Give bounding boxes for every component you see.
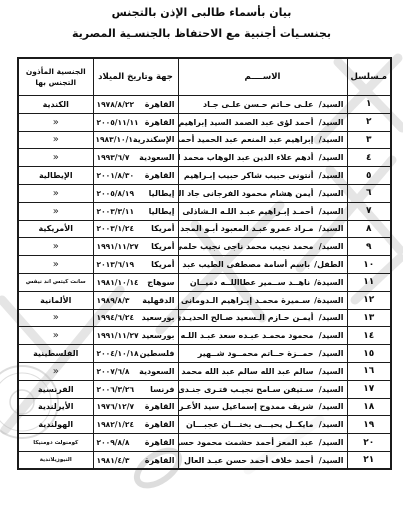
birth-place: فلسطين [140, 349, 175, 358]
serial-number: ٢٠ [347, 434, 391, 452]
nationality: « [18, 309, 93, 327]
nationality: الهولندية [18, 416, 93, 434]
person-name: سالم عبد الله سالم عبد الله محمد الشاعر … [178, 367, 314, 376]
honorific: السيد/ [318, 242, 344, 251]
honorific: السيد/ [318, 438, 344, 447]
nationality: « [18, 362, 93, 380]
birth-date: ١٩٨٩/٨/٣ [97, 296, 130, 305]
table-row: ١٦ السيد/سالم عبد الله سالم عبد الله محم… [18, 362, 391, 380]
birth-date: ١٩٨٣/١٠/١ [95, 135, 133, 144]
serial-number: ٢ [347, 113, 391, 131]
person-name-cell: السيدة/سـميرة محمـد إبـراهيم الـدومانى [178, 291, 347, 309]
table-row: ٤ السيد/أدهم علاء الدين عبد الوهاب محمد … [18, 149, 391, 167]
person-name: أحمد لؤى عبد الصمد السيد إبراهيم [178, 118, 313, 127]
serial-number: ٣ [347, 131, 391, 149]
birth-place: القاهرة [145, 118, 175, 127]
table-row: ٣ السيد/إبراهيم عبد المنعم عبد الحميد أح… [18, 131, 391, 149]
person-name: أنتونى حبيب شاكر حبيب إبـراهيم [184, 171, 314, 180]
serial-number: ٧ [347, 202, 391, 220]
table-row: ١٩ السيد/مايكــل يحيـــى بختـــان عجبـــ… [18, 416, 391, 434]
honorific: السيد/ [318, 313, 344, 322]
person-name: شريف ممدوح إسماعيل سيد الأعـرج [178, 402, 314, 411]
table-row: ٨ السيد/مـراد عمرو عبـد المعبود أبـو الم… [18, 220, 391, 238]
nationality: الأيرلندية [18, 398, 93, 416]
person-name-cell: السيد/محمد نجيب محمد ناجى نجيب حلمى [178, 238, 347, 256]
birth-place: الدقهلية [142, 296, 174, 305]
birth-date: ١٩٧٨/٨/٢٢ [97, 100, 135, 109]
birth-cell: القاهرة ١٩٨١/٤/٣ [93, 451, 178, 469]
honorific: السيد/ [318, 456, 344, 465]
birth-cell: بورسعيد ١٩٩٤/٦/٢٤ [93, 309, 178, 327]
nationality: « [18, 184, 93, 202]
serial-number: ٤ [347, 149, 391, 167]
birth-date: ١٩٧٦/١٢/٧ [97, 402, 135, 411]
birth-place: السعودية [139, 153, 174, 162]
birth-date: ١٩٨١/٤/٣ [97, 456, 130, 465]
serial-number: ١٠ [347, 256, 391, 274]
scanned-document-page: بيان بأسماء طالبى الإذن بالتجنس بجنسـيات… [0, 0, 403, 524]
nationality: الألمانية [18, 291, 93, 309]
birth-place: بورسعيد [142, 313, 175, 322]
honorific: السيد/ [318, 224, 344, 233]
birth-cell: القاهرة ١٩٨٢/١/٢٤ [93, 416, 178, 434]
nationality: الفرنسية [18, 380, 93, 398]
birth-cell: الإسكندرية ١٩٨٣/١٠/١ [93, 131, 178, 149]
birth-cell: أمريكا ٢٠٠٣/١/٢٤ [93, 220, 178, 238]
birth-cell: السعودية ١٩٩٣/٦/٧ [93, 149, 178, 167]
naturalization-permit-table: مـسلسل الاســــم جهة وتاريخ الميلاد الجن… [17, 57, 392, 470]
birth-date: ١٩٨٢/١/٢٤ [97, 420, 135, 429]
birth-place: الإسكندرية [133, 135, 175, 144]
birth-place: أمريكا [151, 260, 174, 269]
birth-date: ٢٠٠٦/٣/٢٦ [97, 385, 135, 394]
birth-cell: القاهرة ٢٠٠٩/٨/٨ [93, 434, 178, 452]
birth-cell: القاهرة ١٩٧٨/٨/٢٢ [93, 96, 178, 114]
nationality: الإيطالية [18, 167, 93, 185]
person-name: أحمد خلاف أحمد حسن عبـد العال [184, 456, 313, 465]
birth-date: ١٩٩٤/٦/٢٤ [97, 313, 135, 322]
table-row: ١٠ الطفل/باسم أسامة مصطفى الطيب عبد الكر… [18, 256, 391, 274]
birth-place: بورسعيد [142, 331, 175, 340]
person-name-cell: السيد/أيمـن حـازم الـسعيد صـالح الحديـدى [178, 309, 347, 327]
person-name-cell: السيد/مـراد عمرو عبـد المعبود أبـو المجد [178, 220, 347, 238]
honorific: السيد/ [318, 118, 344, 127]
table-row: ٢٠ السيد/عبد المعز أحمد حشمت محمود حسين … [18, 434, 391, 452]
person-name: باسم أسامة مصطفى الطيب عبد الكريم [178, 260, 310, 269]
person-name: علـى حـاتم حـسن علـى جـاد [203, 100, 314, 109]
honorific: السيد/ [318, 349, 344, 358]
header-authorized-nationality: الجنسية المأذون التجنس بها [18, 58, 93, 96]
birth-place: القاهرة [145, 171, 175, 180]
person-name-cell: السيد/أدهم علاء الدين عبد الوهاب محمد ال… [178, 149, 347, 167]
birth-cell: القاهرة ٢٠٠١/٨/٣٠ [93, 167, 178, 185]
person-name: أحمـد إبـراهيم عبـد اللـه الـشاذلى [182, 207, 313, 216]
birth-date: ١٩٩١/١١/٢٧ [97, 331, 139, 340]
person-name-cell: الطفل/باسم أسامة مصطفى الطيب عبد الكريم [178, 256, 347, 274]
serial-number: ٥ [347, 167, 391, 185]
birth-cell: إيطاليا ٢٠٠٥/٨/١٩ [93, 184, 178, 202]
table-row: ٦ السيد/أيمن هشام محمود الفرجانى جاد الل… [18, 184, 391, 202]
honorific: السيد/ [318, 171, 344, 180]
honorific: السيد/ [318, 331, 344, 340]
serial-number: ١٤ [347, 327, 391, 345]
header-name: الاســــم [178, 58, 347, 96]
nationality: « [18, 131, 93, 149]
birth-date: ٢٠٠٩/٨/٨ [97, 438, 130, 447]
person-name-cell: السيد/محمود محمـد عبـده سعد عبـد اللـه [178, 327, 347, 345]
serial-number: ١٨ [347, 398, 391, 416]
table-row: ٢١ السيد/أحمد خلاف أحمد حسن عبـد العال ا… [18, 451, 391, 469]
serial-number: ٩ [347, 238, 391, 256]
serial-number: ١ [347, 96, 391, 114]
birth-cell: إيطاليا ٢٠٠٣/٣/١١ [93, 202, 178, 220]
birth-date: ٢٠٠٧/٦/٨ [97, 367, 130, 376]
birth-date: ١٩٨١/١٠/١٤ [97, 278, 139, 287]
serial-number: ٨ [347, 220, 391, 238]
header-serial: مـسلسل [347, 58, 391, 96]
table-body: ١ السيد/علـى حـاتم حـسن علـى جـاد القاهر… [18, 96, 391, 470]
table-row: ١ السيد/علـى حـاتم حـسن علـى جـاد القاهر… [18, 96, 391, 114]
serial-number: ٢١ [347, 451, 391, 469]
person-name: أدهم علاء الدين عبد الوهاب محمد القصبى [178, 153, 314, 162]
honorific: السيد/ [318, 100, 344, 109]
birth-cell: السعودية ٢٠٠٧/٦/٨ [93, 362, 178, 380]
birth-date: ٢٠٠٥/٨/١٩ [97, 189, 135, 198]
birth-cell: القاهرة ١٩٧٦/١٢/٧ [93, 398, 178, 416]
person-name: محمد نجيب محمد ناجى نجيب حلمى [178, 242, 314, 251]
serial-number: ١١ [347, 273, 391, 291]
nationality: « [18, 202, 93, 220]
person-name-cell: السيد/أحمـد إبـراهيم عبـد اللـه الـشاذلى [178, 202, 347, 220]
birth-date: ٢٠٠٣/٣/١١ [97, 207, 135, 216]
table-row: ٧ السيد/أحمـد إبـراهيم عبـد اللـه الـشاذ… [18, 202, 391, 220]
birth-date: ٢٠٠٣/١/٢٤ [97, 224, 135, 233]
person-name-cell: السيد/علـى حـاتم حـسن علـى جـاد [178, 96, 347, 114]
person-name-cell: السيد/حمــزة حــاتم محمــود شــهير [178, 345, 347, 363]
nationality: « [18, 238, 93, 256]
nationality: سانت كيتس اند نيفس [18, 273, 93, 291]
birth-cell: بورسعيد ١٩٩١/١١/٢٧ [93, 327, 178, 345]
person-name-cell: السيدة/ناهــد ســمير عطااللــه دميــان [178, 273, 347, 291]
table-row: ٩ السيد/محمد نجيب محمد ناجى نجيب حلمى أم… [18, 238, 391, 256]
honorific: السيد/ [318, 135, 344, 144]
table-row: ٥ السيد/أنتونى حبيب شاكر حبيب إبـراهيم ا… [18, 167, 391, 185]
birth-date: ٢٠٠١/٨/٣٠ [97, 171, 135, 180]
table-row: ٢ السيد/أحمد لؤى عبد الصمد السيد إبراهيم… [18, 113, 391, 131]
person-name: مايكــل يحيـــى بختـــان عجبـــان [186, 420, 314, 429]
birth-cell: فلسطين ٢٠٠٤/١٠/١٨ [93, 345, 178, 363]
birth-place: إيطاليا [149, 189, 175, 198]
birth-date: ٢٠٠٤/١٠/١٨ [97, 349, 139, 358]
honorific: السيد/ [318, 420, 344, 429]
table-row: ١٢ السيدة/سـميرة محمـد إبـراهيم الـدومان… [18, 291, 391, 309]
birth-place: إيطاليا [149, 207, 175, 216]
honorific: الطفل/ [314, 260, 343, 269]
nationality: كومنولث دومنيكا [18, 434, 93, 452]
person-name-cell: السيد/مايكــل يحيـــى بختـــان عجبـــان [178, 416, 347, 434]
document-header: بيان بأسماء طالبى الإذن بالتجنس بجنسـيات… [0, 6, 403, 40]
person-name-cell: السيد/شريف ممدوح إسماعيل سيد الأعـرج [178, 398, 347, 416]
document-title-line2: بجنسـيات أجنبية مع الاحتفاظ بالجنسـية ال… [0, 27, 403, 40]
honorific: السيدة/ [314, 296, 343, 305]
birth-place: فرنسا [150, 385, 174, 394]
table-row: ١٨ السيد/شريف ممدوح إسماعيل سيد الأعـرج … [18, 398, 391, 416]
person-name: عبد المعز أحمد حشمت محمود حسين [178, 438, 314, 447]
birth-date: ١٩٩١/١١/٢٧ [97, 242, 139, 251]
person-name-cell: السيد/أنتونى حبيب شاكر حبيب إبـراهيم [178, 167, 347, 185]
person-name-cell: السيد/سالم عبد الله سالم عبد الله محمد ا… [178, 362, 347, 380]
person-name: سـتيفن سـامح نجيـب فتـرى جنـدى [178, 385, 314, 394]
table-row: ١٥ السيد/حمــزة حــاتم محمــود شــهير فل… [18, 345, 391, 363]
person-name-cell: السيد/أحمد لؤى عبد الصمد السيد إبراهيم [178, 113, 347, 131]
serial-number: ١٧ [347, 380, 391, 398]
birth-place: القاهرة [145, 420, 175, 429]
nationality: « [18, 113, 93, 131]
honorific: السيدة/ [314, 278, 343, 287]
person-name-cell: السيد/أحمد خلاف أحمد حسن عبـد العال [178, 451, 347, 469]
table-row: ١٧ السيد/سـتيفن سـامح نجيـب فتـرى جنـدى … [18, 380, 391, 398]
person-name-cell: السيد/سـتيفن سـامح نجيـب فتـرى جنـدى [178, 380, 347, 398]
serial-number: ١٥ [347, 345, 391, 363]
birth-place: القاهرة [145, 438, 175, 447]
birth-date: ٢٠٠٥/١١/١١ [97, 118, 139, 127]
person-name: أيمـن حـازم الـسعيد صـالح الحديـدى [178, 313, 314, 322]
nationality: الكندية [18, 96, 93, 114]
person-name-cell: السيد/إبراهيم عبد المنعم عبد الحميد أحمد… [178, 131, 347, 149]
honorific: السيد/ [318, 385, 344, 394]
person-name-cell: السيد/أيمن هشام محمود الفرجانى جاد اللـه [178, 184, 347, 202]
birth-cell: الدقهلية ١٩٨٩/٨/٣ [93, 291, 178, 309]
nationality: « [18, 149, 93, 167]
birth-place: القاهرة [145, 456, 175, 465]
birth-cell: أمريكا ١٩٩١/١١/٢٧ [93, 238, 178, 256]
header-birthplace-date: جهة وتاريخ الميلاد [93, 58, 178, 96]
nationality: « [18, 327, 93, 345]
birth-place: أمريكا [151, 224, 174, 233]
honorific: السيد/ [318, 207, 344, 216]
birth-cell: فرنسا ٢٠٠٦/٣/٢٦ [93, 380, 178, 398]
birth-cell: القاهرة ٢٠٠٥/١١/١١ [93, 113, 178, 131]
honorific: السيد/ [318, 153, 344, 162]
honorific: السيد/ [318, 189, 344, 198]
person-name: ناهــد ســمير عطااللــه دميــان [190, 278, 310, 287]
nationality: النيوزيلاندية [18, 451, 93, 469]
honorific: السيد/ [318, 402, 344, 411]
nationality: الفلسطينية [18, 345, 93, 363]
table-row: ١٤ السيد/محمود محمـد عبـده سعد عبـد اللـ… [18, 327, 391, 345]
serial-number: ١٦ [347, 362, 391, 380]
person-name: أيمن هشام محمود الفرجانى جاد اللـه [178, 189, 314, 198]
table-header-row: مـسلسل الاســــم جهة وتاريخ الميلاد الجن… [18, 58, 391, 96]
table-row: ١٣ السيد/أيمـن حـازم الـسعيد صـالح الحدي… [18, 309, 391, 327]
birth-place: القاهرة [145, 100, 175, 109]
serial-number: ١٢ [347, 291, 391, 309]
birth-place: أمريكا [151, 242, 174, 251]
birth-place: السعودية [139, 367, 174, 376]
person-name: محمود محمـد عبـده سعد عبـد اللـه [180, 331, 313, 340]
birth-place: سوهاج [147, 278, 174, 287]
document-title-line1: بيان بأسماء طالبى الإذن بالتجنس [0, 6, 403, 19]
person-name: مـراد عمرو عبـد المعبود أبـو المجد [180, 224, 313, 233]
birth-cell: أمريكا ٢٠١٣/٦/١٩ [93, 256, 178, 274]
serial-number: ١٣ [347, 309, 391, 327]
person-name-cell: السيد/عبد المعز أحمد حشمت محمود حسين [178, 434, 347, 452]
person-name: حمــزة حــاتم محمــود شــهير [198, 349, 314, 358]
nationality: الأمريكية [18, 220, 93, 238]
nationality: « [18, 256, 93, 274]
person-name: إبراهيم عبد المنعم عبد الحميد أحمد دراج [178, 135, 314, 144]
serial-number: ١٩ [347, 416, 391, 434]
serial-number: ٦ [347, 184, 391, 202]
table-row: ١١ السيدة/ناهــد ســمير عطااللــه دميــا… [18, 273, 391, 291]
birth-place: القاهرة [145, 402, 175, 411]
birth-cell: سوهاج ١٩٨١/١٠/١٤ [93, 273, 178, 291]
honorific: السيد/ [318, 367, 344, 376]
birth-date: ٢٠١٣/٦/١٩ [97, 260, 135, 269]
birth-date: ١٩٩٣/٦/٧ [97, 153, 130, 162]
person-name: سـميرة محمـد إبـراهيم الـدومانى [181, 296, 310, 305]
